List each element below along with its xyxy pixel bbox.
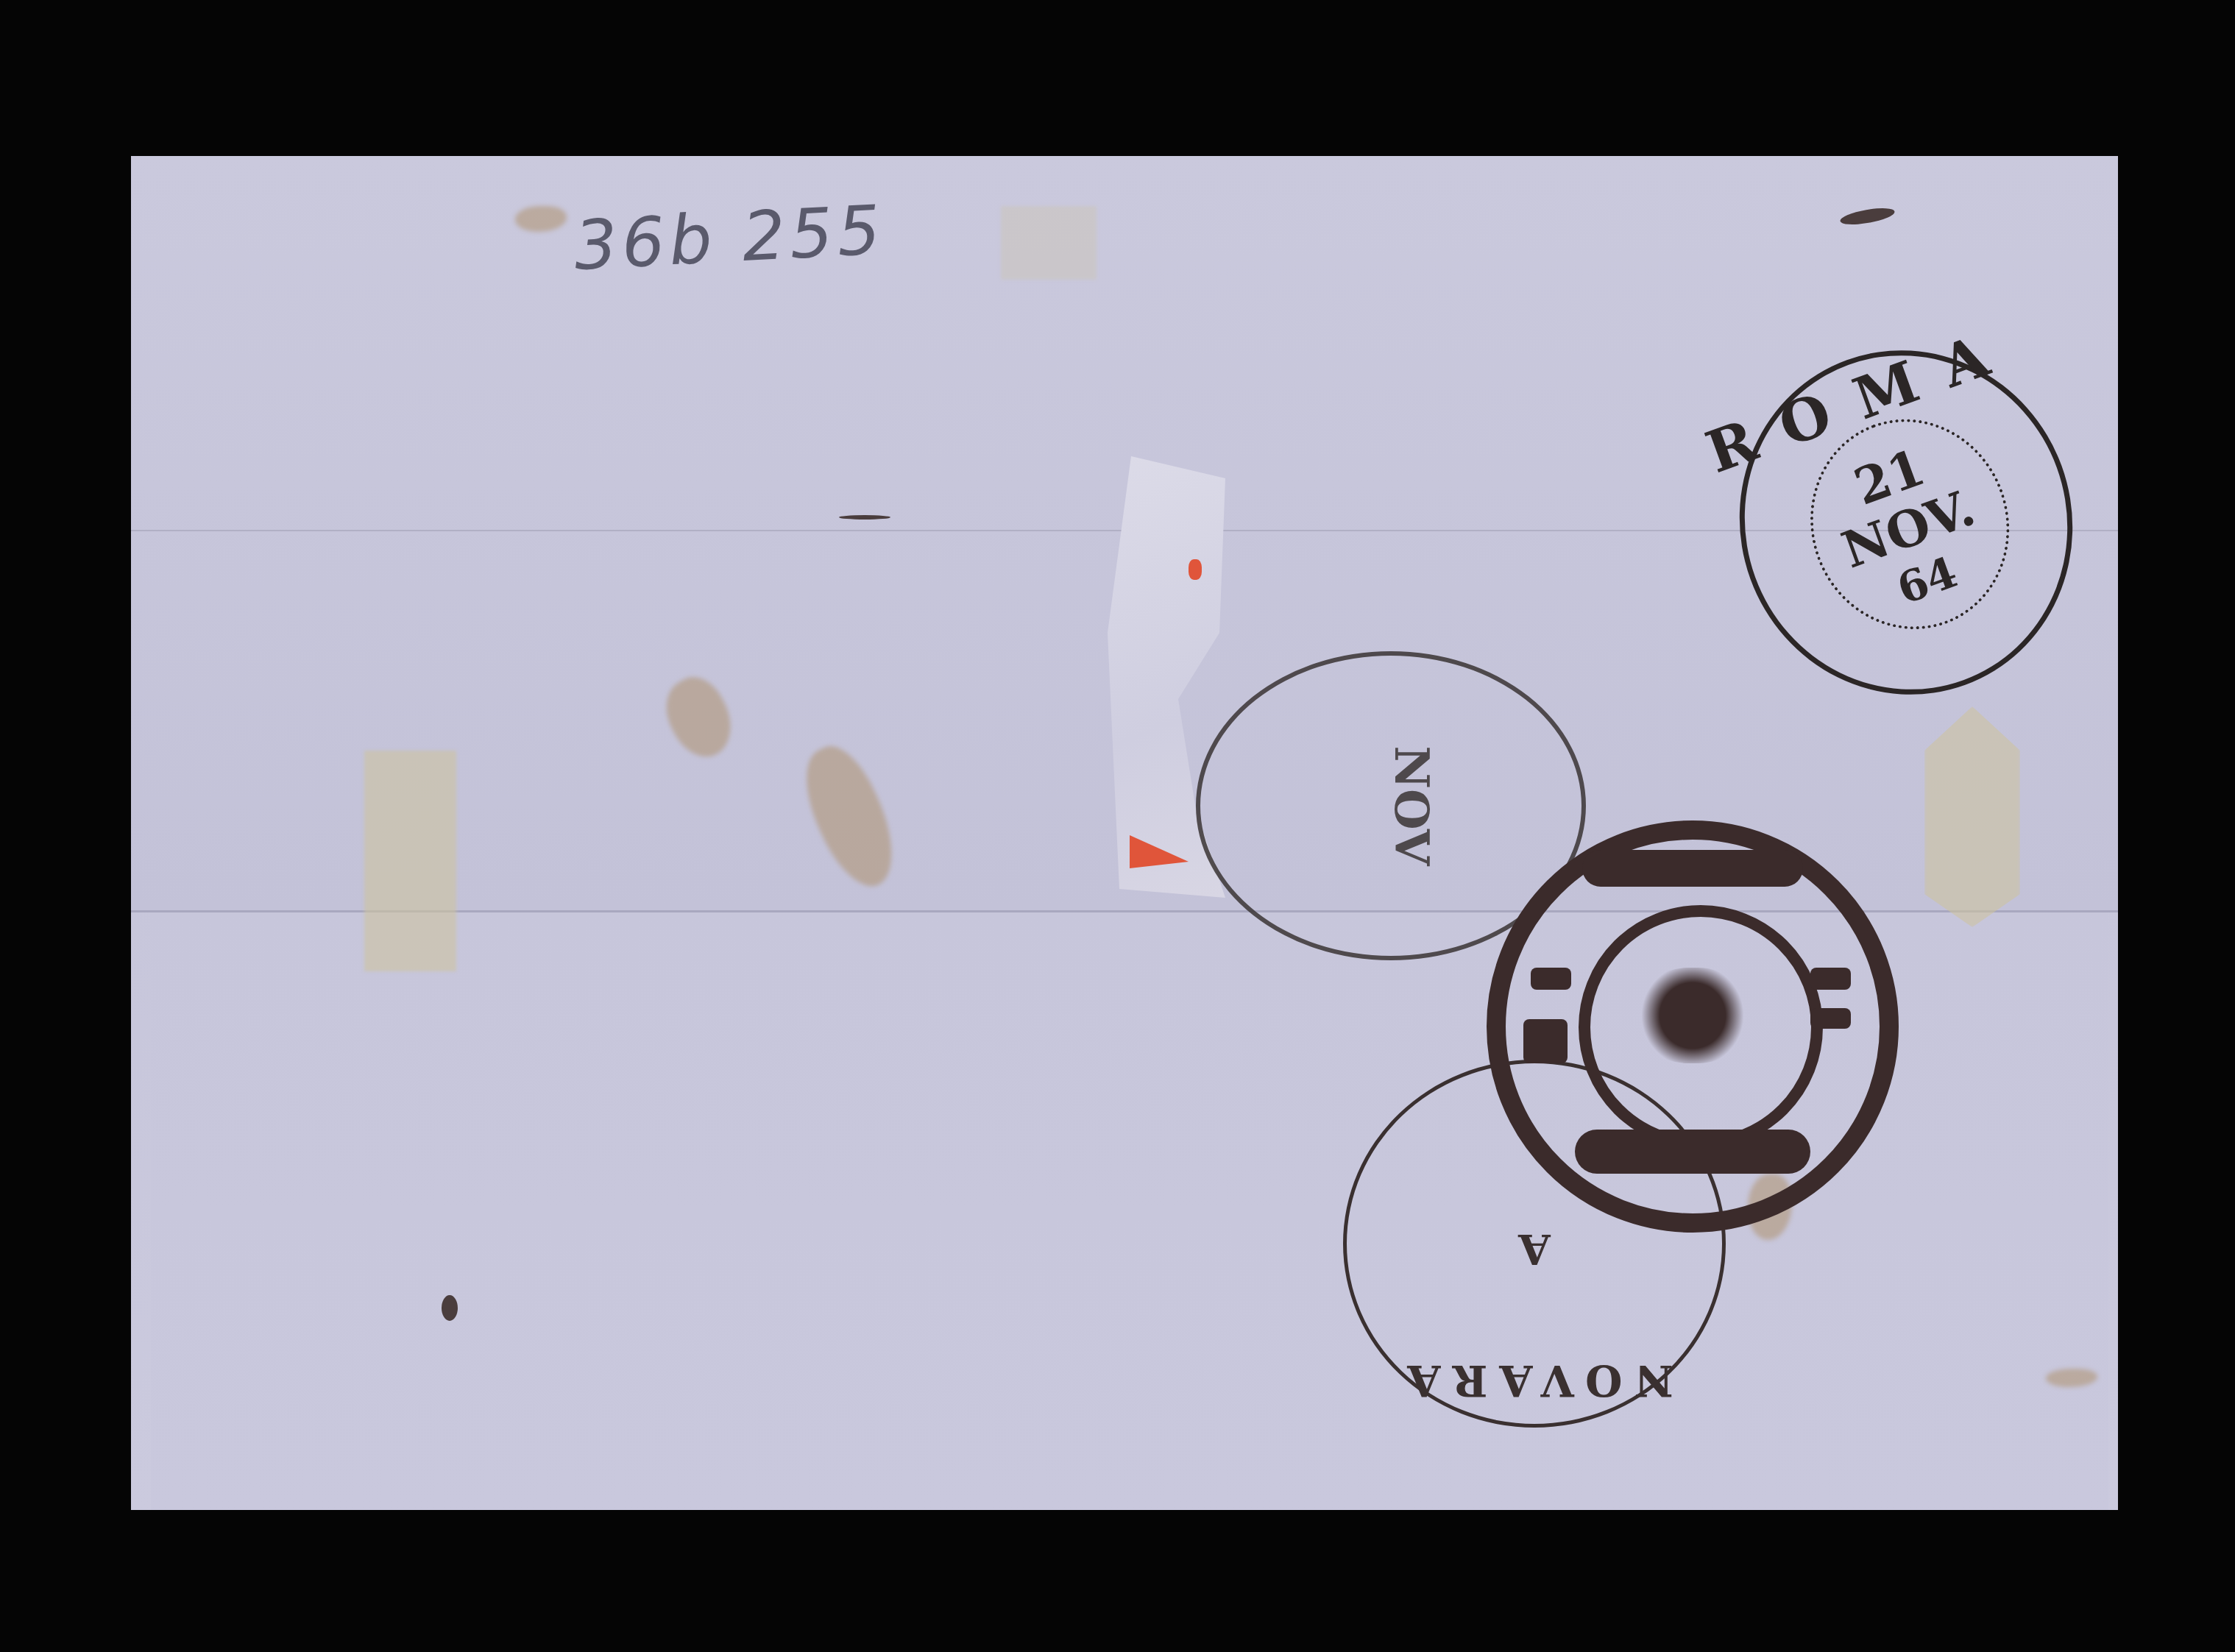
postmark-bar (1531, 968, 1571, 990)
ink-mark (442, 1295, 458, 1321)
postmark-text: A (1343, 1224, 1726, 1273)
postmark-bar (1810, 1008, 1851, 1029)
tape-residue (1924, 706, 2020, 927)
postmark-city: NOVARA (1343, 1355, 1726, 1405)
ink-mark (839, 515, 890, 520)
postmark-bar (1523, 1019, 1568, 1063)
pencil-annotation: 36b 255 (572, 191, 886, 286)
postmark-text: NOV (1384, 651, 1439, 960)
tape-residue (364, 751, 456, 971)
postmark-double-ring (1487, 820, 1899, 1233)
postmark-bar (1575, 1130, 1810, 1174)
postmark-bar (1810, 968, 1851, 990)
postmark-center-emblem (1637, 968, 1748, 1063)
postmark-bar (1582, 850, 1803, 887)
wax-seal-remnant (1189, 559, 1202, 580)
tape-residue (1001, 206, 1097, 280)
